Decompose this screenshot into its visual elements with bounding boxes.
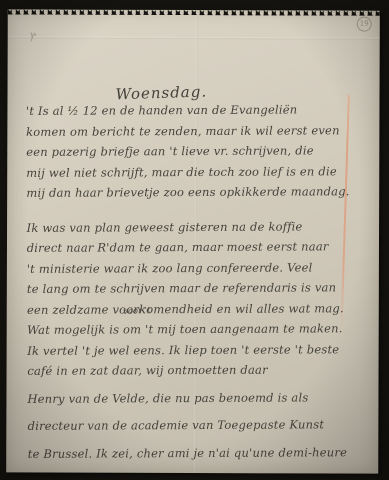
letter-line: direct naar R'dam te gaan, maar moest ee… bbox=[27, 236, 371, 258]
letter-paper: 19 )ˢ Woensdag. 't Is al ½ 12 en de hand… bbox=[6, 9, 380, 473]
letter-line: Ik vertel 't je wel eens. Ik liep toen '… bbox=[27, 339, 371, 361]
letter-line: mij wel niet schrijft, maar die toch zoo… bbox=[26, 161, 370, 183]
pencil-annotation: )ˢ bbox=[29, 31, 38, 43]
letter-line: directeur van de academie van Toegepaste… bbox=[28, 414, 372, 436]
letter-line: 't ministerie waar ik zoo lang confereer… bbox=[27, 257, 371, 279]
letter-line: café in en zat daar, wij ontmoetten daar bbox=[27, 359, 371, 381]
interlinear-insertion: voor 't bbox=[123, 306, 151, 318]
page-number-stamp: 19 bbox=[357, 17, 372, 32]
letter-line: komen om bericht te zenden, maar ik wil … bbox=[26, 120, 370, 142]
perforated-edge bbox=[8, 9, 380, 15]
letter-line: een zeldzame voorkomendheid en wil alles… bbox=[27, 298, 371, 320]
letter-body: 't Is al ½ 12 en de handen van de Evange… bbox=[26, 99, 372, 464]
letter-line: te lang om te schrijven maar de referend… bbox=[27, 277, 371, 299]
letter-line: mij dan haar brievetje zoo eens opkikker… bbox=[26, 181, 370, 203]
letter-line: Henry van de Velde, die nu pas benoemd i… bbox=[27, 387, 371, 409]
letter-line: een pazerig briefje aan 't lieve vr. sch… bbox=[26, 140, 370, 162]
letter-line: Ik was van plan geweest gisteren na de k… bbox=[27, 216, 371, 238]
horizontal-fold-crease bbox=[8, 36, 380, 39]
letter-line: Wat mogelijk is om 't mij toen aangenaam… bbox=[27, 318, 371, 340]
letter-line: te Brussel. Ik zei, cher ami je n'ai qu'… bbox=[28, 442, 372, 464]
letter-line: 't Is al ½ 12 en de handen van de Evange… bbox=[26, 99, 370, 121]
